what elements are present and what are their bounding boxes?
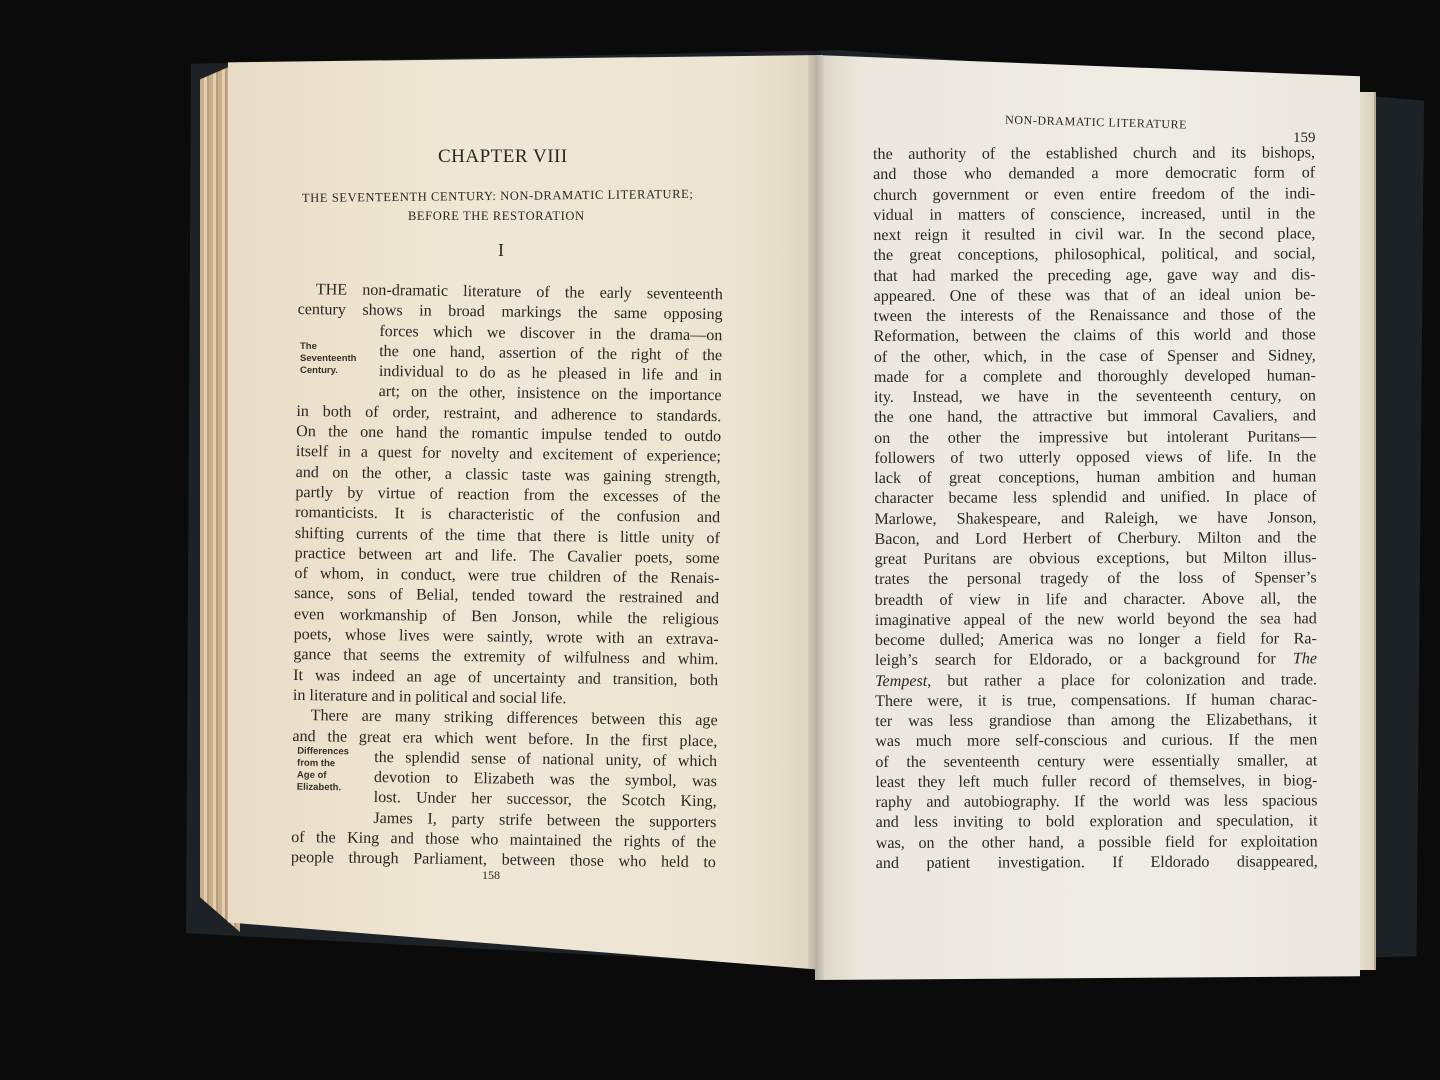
chapter-title-line-2: BEFORE THE RESTORATION	[408, 209, 585, 224]
page-number-left: 158	[482, 868, 500, 883]
text-line: was, on the other hand, a possible field…	[876, 832, 1318, 854]
text-line: trates the personal tragedy of the loss …	[875, 569, 1317, 591]
italic-title-fragment: Tempest	[875, 672, 927, 689]
text-line: on the other the impressive but intolera…	[874, 427, 1316, 449]
text-line: church government or even entire freedom…	[873, 184, 1315, 206]
text-line: Reformation, between the claims of this …	[874, 326, 1316, 348]
chapter-heading: CHAPTER VIII	[438, 146, 568, 168]
text-line: Marlowe, Shakespeare, and Raleigh, we ha…	[874, 508, 1316, 530]
text-line: raphy and autobiography. If the world wa…	[875, 791, 1317, 813]
italic-title-fragment: The	[1293, 651, 1317, 668]
page-stack-edge-right	[1358, 92, 1376, 970]
text-line: ity. Instead, we have in the seventeenth…	[874, 386, 1316, 408]
text-line: made for a complete and thoroughly devel…	[874, 366, 1316, 388]
text-line: become dulled; America was no longer a f…	[875, 629, 1317, 651]
text-line: lack of great conceptions, human ambitio…	[874, 467, 1316, 489]
left-page-body-text: THE non-dramatic literature of the early…	[291, 280, 723, 874]
text-line: imaginative appeal of the new world beyo…	[875, 609, 1317, 631]
section-number: I	[498, 240, 504, 261]
book-gutter	[808, 50, 824, 980]
text-line: the authority of the established church …	[873, 143, 1315, 165]
text-line: breadth of view in life and character. A…	[875, 589, 1317, 611]
text-line: tween the interests of the Renaissance a…	[874, 305, 1316, 327]
text-line: that had marked the preceding age, gave …	[873, 265, 1315, 287]
text-line: and patient investigation. If Eldorado d…	[876, 852, 1318, 874]
text-line: of the seventeenth century were essentia…	[875, 751, 1317, 773]
text-line: character became less splendid and unifi…	[874, 488, 1316, 510]
text-line: followers of two utterly opposed views o…	[874, 447, 1316, 469]
text-line: Bacon, and Lord Herbert of Cherbury. Mil…	[874, 528, 1316, 550]
text-line: vidual in matters of conscience, increas…	[873, 204, 1315, 226]
right-page-body-text: the authority of the established church …	[873, 143, 1318, 874]
text-line: Tempest, but rather a place for coloniza…	[875, 670, 1317, 692]
text-line: least they left much fuller record of th…	[875, 771, 1317, 793]
text-line: There were, it is true, compensations. I…	[875, 690, 1317, 712]
text-line: of the other, which, in the case of Spen…	[874, 346, 1316, 368]
text-line: ter was less grandiose than among the El…	[875, 710, 1317, 732]
text-line: appeared. One of these was that of an id…	[874, 285, 1316, 307]
text-line: next reign it resulted in civil war. In …	[873, 224, 1315, 246]
text-line: was much more self-conscious and curious…	[875, 731, 1317, 753]
text-fragment: , but rather a place for colonization an…	[927, 671, 1317, 689]
text-line: leigh’s search for Eldorado, or a backgr…	[875, 650, 1317, 672]
text-fragment: leigh’s search for Eldorado, or a backgr…	[875, 651, 1276, 670]
text-line: great Puritans are obvious exceptions, b…	[875, 548, 1317, 570]
text-line: and those who demanded a more democratic…	[873, 164, 1315, 186]
text-line: the great conceptions, philosophical, po…	[873, 245, 1315, 267]
text-line: and less inviting to bold exploration an…	[876, 812, 1318, 834]
text-line: the one hand, the attractive but immoral…	[874, 407, 1316, 429]
